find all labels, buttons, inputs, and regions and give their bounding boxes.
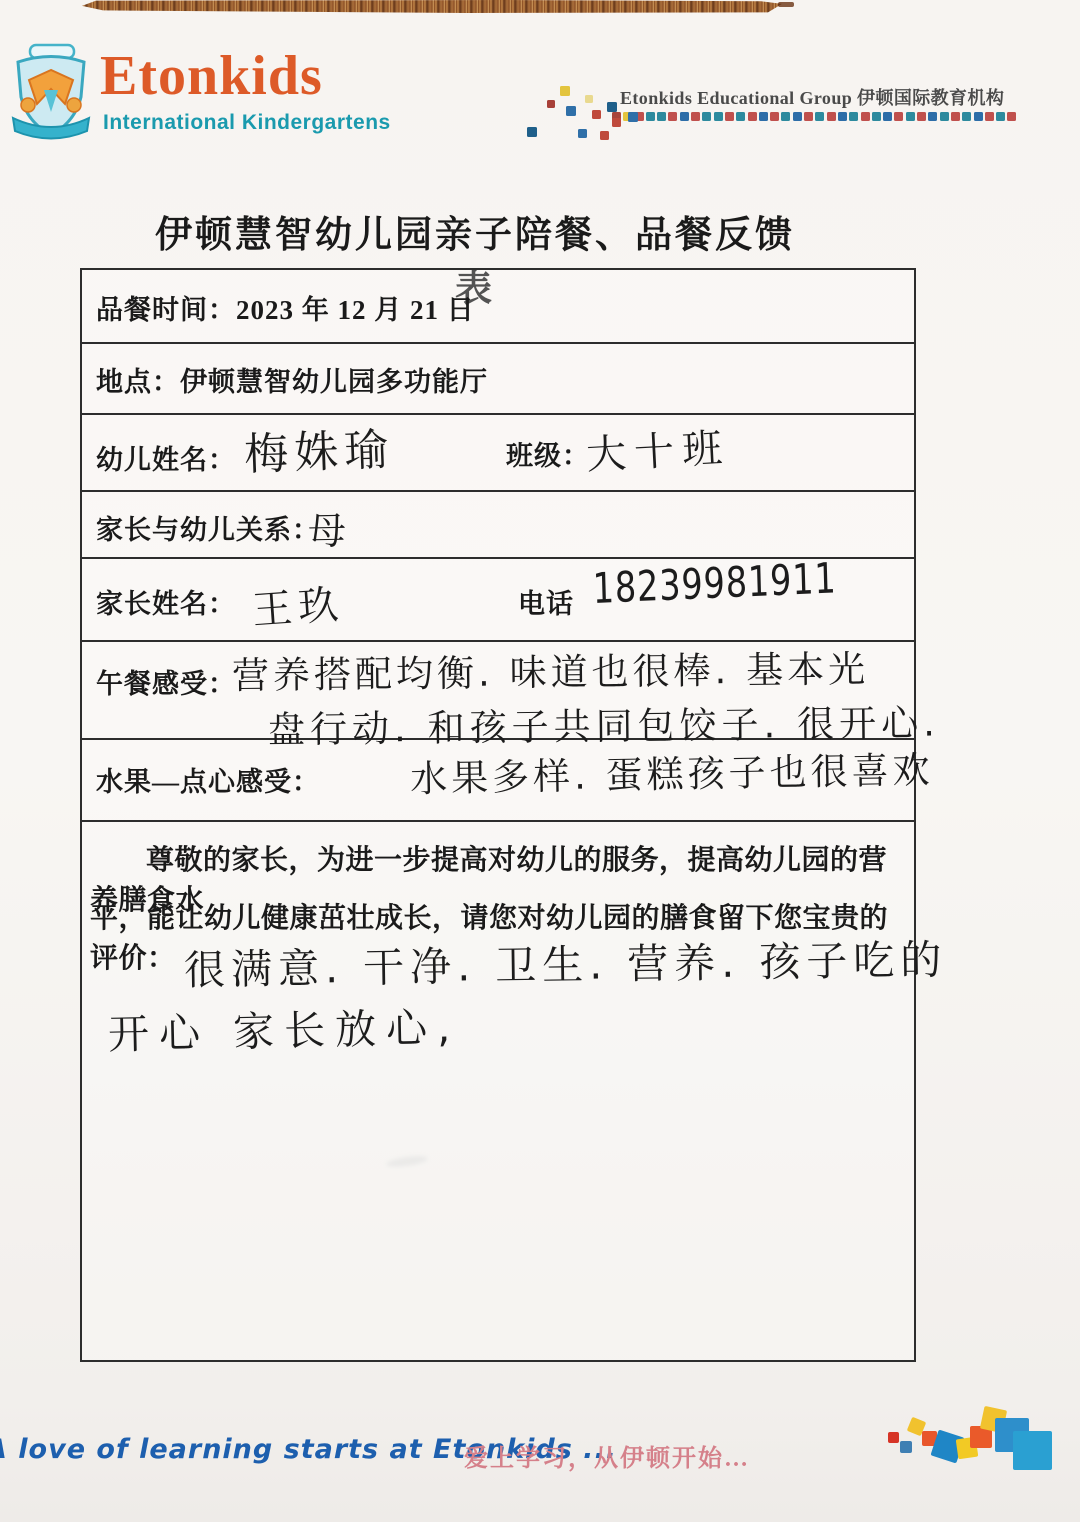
decorative-square	[759, 112, 768, 121]
evaluation-handwritten-line2: 开心 家长放心,	[107, 994, 460, 1060]
meal-time-row: 品餐时间：2023 年 12 月 21 日	[96, 288, 475, 327]
row-divider	[81, 342, 915, 344]
decorative-square	[607, 102, 617, 112]
feedback-form-table: 品餐时间：2023 年 12 月 21 日 地点：伊顿慧智幼儿园多功能厅 幼儿姓…	[80, 268, 916, 1362]
child-name-label: 幼儿姓名：	[96, 438, 236, 477]
decorative-square	[793, 112, 802, 121]
fruit-handwritten: 水果多样. 蛋糕孩子也很喜欢	[410, 739, 934, 802]
decorative-square	[940, 112, 949, 121]
row-divider	[81, 490, 915, 492]
decorative-square	[888, 1432, 899, 1443]
decorative-square	[1013, 1431, 1052, 1470]
decorative-square	[770, 112, 779, 121]
decorative-square	[928, 112, 937, 121]
phone-label: 电话	[518, 582, 574, 621]
scan-edge-artifact-dash	[778, 2, 794, 7]
scan-edge-artifact	[82, 0, 782, 13]
parent-name-label: 家长姓名：	[96, 582, 236, 621]
decorative-square	[612, 118, 621, 127]
decorative-square	[883, 112, 892, 121]
evaluation-handwritten-line1: 很满意. 干净. 卫生. 营养. 孩子吃的	[184, 927, 948, 997]
decorative-square	[827, 112, 836, 121]
fruit-label: 水果—点心感受：	[96, 760, 320, 799]
group-header-text: Etonkids Educational Group 伊顿国际教育机构	[620, 84, 1004, 110]
decorative-square	[657, 112, 666, 121]
decorative-square	[951, 112, 960, 121]
decorative-square	[974, 112, 983, 121]
phone-handwritten: 18239981911	[592, 553, 837, 613]
decorative-square	[547, 100, 555, 108]
decorative-square	[680, 112, 689, 121]
decorative-square	[600, 131, 609, 140]
decorative-square	[1007, 112, 1016, 121]
brand-wordmark: Etonkids	[100, 48, 323, 104]
decorative-square	[585, 95, 593, 103]
decorative-square	[815, 112, 824, 121]
decorative-square	[560, 86, 570, 96]
relation-label: 家长与幼儿关系：	[96, 508, 320, 547]
decorative-square	[748, 112, 757, 121]
decorative-square	[578, 129, 587, 138]
decorative-square	[527, 127, 537, 137]
decorative-square	[566, 106, 576, 116]
decorative-square	[628, 112, 638, 122]
relation-handwritten: 母	[308, 500, 347, 556]
lunch-label: 午餐感受：	[96, 662, 236, 701]
decorative-square	[838, 112, 847, 121]
decorative-square	[861, 112, 870, 121]
location-value: 伊顿慧智幼儿园多功能厅	[180, 367, 488, 397]
decorative-square	[985, 112, 994, 121]
decorative-square	[872, 112, 881, 121]
decorative-square	[702, 112, 711, 121]
decorative-square	[996, 112, 1005, 121]
decorative-square	[917, 112, 926, 121]
meal-time-label: 品餐时间：	[96, 295, 236, 325]
etonkids-crest-icon	[6, 42, 96, 147]
location-label: 地点：	[96, 367, 180, 397]
decorative-square	[592, 110, 601, 119]
decorative-square	[736, 112, 745, 121]
decorative-square	[781, 112, 790, 121]
decorative-square	[668, 112, 677, 121]
row-divider	[81, 413, 915, 415]
decorative-square	[691, 112, 700, 121]
location-row: 地点：伊顿慧智幼儿园多功能厅	[96, 360, 488, 399]
brand-subtitle: International Kindergartens	[103, 112, 391, 133]
decorative-square	[962, 112, 971, 121]
decorative-square	[849, 112, 858, 121]
parent-name-handwritten: 王玖	[250, 573, 346, 636]
row-divider	[81, 820, 915, 822]
decorative-square	[900, 1441, 912, 1453]
decorative-square	[906, 112, 915, 121]
decorative-square	[725, 112, 734, 121]
class-label: 班级：	[506, 434, 590, 473]
decorative-square	[804, 112, 813, 121]
decorative-square	[714, 112, 723, 121]
class-handwritten: 大十班	[585, 416, 732, 480]
decorative-square	[894, 112, 903, 121]
child-name-handwritten: 梅姝瑜	[243, 413, 395, 482]
meal-time-value: 2023 年 12 月 21 日	[236, 295, 475, 325]
decorative-dot-row	[612, 112, 1016, 121]
lunch-handwritten-line1: 营养搭配均衡. 味道也很棒. 基本光	[232, 639, 870, 700]
decorative-square	[646, 112, 655, 121]
footer-slogan-zh: 爱上学习，从伊顿开始…	[464, 1438, 750, 1473]
